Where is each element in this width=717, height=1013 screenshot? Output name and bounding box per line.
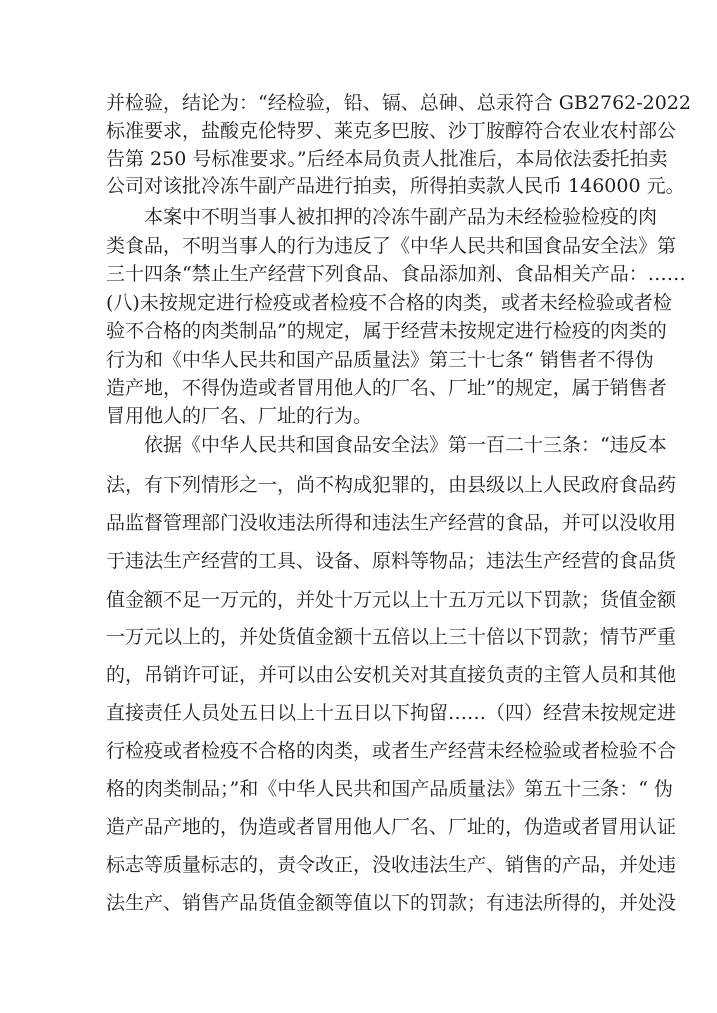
text-line: 于违法生产经营的工具、设备、原料等物品；违法生产经营的食品货 [106, 549, 608, 573]
text-line: 本案中不明当事人被扣押的冷冻牛副产品为未经检验检疫的肉 [144, 205, 608, 229]
text-line: 格的肉类制品；”和《中华人民共和国产品质量法》第五十三条：“ 伪 [106, 777, 608, 801]
text-line: 造产地，不得伪造或者冒用他人的厂名、厂址”的规定，属于销售者 [106, 376, 608, 400]
text-line: 标准要求，盐酸克伦特罗、莱克多巴胺、沙丁胺醇符合农业农村部公 [106, 119, 608, 143]
text-line: 品监督管理部门没收违法所得和违法生产经营的食品，并可以没收用 [106, 511, 608, 535]
text-line: 告第 250 号标准要求。”后经本局负责人批准后，本局依法委托拍卖 [106, 147, 608, 171]
text-line: 依据《中华人民共和国食品安全法》第一百二十三条：“违反本 [144, 433, 608, 457]
text-line: 公司对该批冷冻牛副产品进行拍卖，所得拍卖款人民币 146000 元。 [106, 174, 608, 198]
text-line: 并检验，结论为：“经检验，铅、镉、总砷、总汞符合 GB2762-2022 [106, 91, 608, 115]
text-line: 行为和《中华人民共和国产品质量法》第三十七条“ 销售者不得伪 [106, 348, 608, 372]
text-line: 法，有下列情形之一，尚不构成犯罪的，由县级以上人民政府食品药 [106, 473, 608, 497]
text-line: 三十四条“禁止生产经营下列食品、食品添加剂、食品相关产品：…… [106, 262, 608, 286]
text-line: 直接责任人员处五日以上十五日以下拘留……（四）经营未按规定进 [106, 701, 608, 725]
text-line: 值金额不足一万元的，并处十万元以上十五万元以下罚款；货值金额 [106, 588, 608, 612]
text-line: 标志等质量标志的，责令改正，没收违法生产、销售的产品，并处违 [106, 853, 608, 877]
document-page: 并检验，结论为：“经检验，铅、镉、总砷、总汞符合 GB2762-2022 标准要… [0, 0, 717, 1013]
text-line: (八)未按规定进行检疫或者检疫不合格的肉类，或者未经检验或者检 [106, 291, 608, 315]
text-line: 法生产、销售产品货值金额等值以下的罚款；有违法所得的，并处没 [106, 891, 608, 915]
text-line: 的，吊销许可证，并可以由公安机关对其直接负责的主管人员和其他 [106, 663, 608, 687]
text-line: 行检疫或者检疫不合格的肉类，或者生产经营未经检验或者检验不合 [106, 739, 608, 763]
text-line: 冒用他人的厂名、厂址的行为。 [106, 404, 608, 428]
text-line: 类食品，不明当事人的行为违反了《中华人民共和国食品安全法》第 [106, 234, 608, 258]
text-line: 造产品产地的，伪造或者冒用他人厂名、厂址的，伪造或者冒用认证 [106, 815, 608, 839]
text-line: 一万元以上的，并处货值金额十五倍以上三十倍以下罚款；情节严重 [106, 625, 608, 649]
text-line: 验不合格的肉类制品”的规定，属于经营未按规定进行检疫的肉类的 [106, 319, 608, 343]
